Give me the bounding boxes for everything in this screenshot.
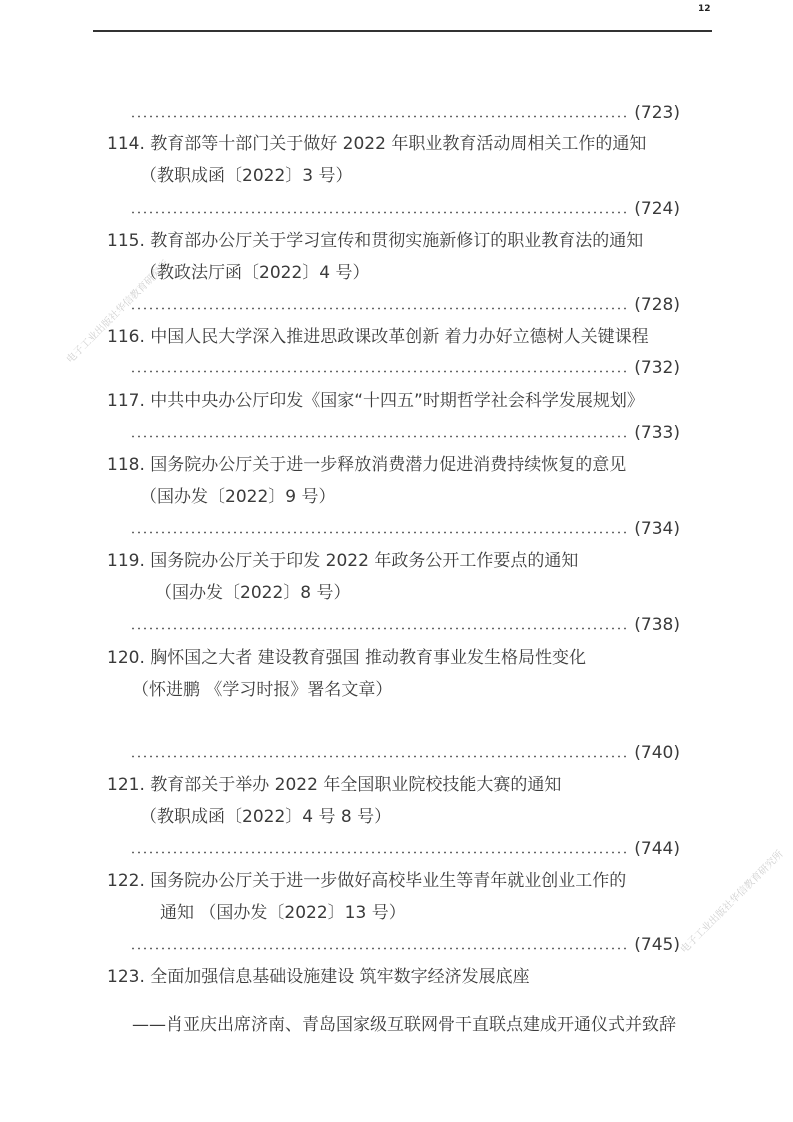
toc-title: 114. 教育部等十部门关于做好 2022 年职业教育活动周相关工作的通知 (107, 133, 646, 155)
toc-title: 123. 全面加强信息基础设施建设 筑牢数字经济发展底座 (107, 966, 530, 988)
toc-leader: (744) (130, 838, 680, 860)
toc-page: (745) (634, 934, 680, 956)
toc-subtitle: （怀进鹏 《学习时报》署名文章） (132, 679, 392, 701)
dot-leader (130, 363, 626, 373)
toc-leader: (723) (130, 102, 680, 124)
toc-title: 115. 教育部办公厅关于学习宣传和贯彻实施新修订的职业教育法的通知 (107, 230, 643, 252)
dot-leader (130, 204, 626, 214)
dot-leader (130, 844, 626, 854)
toc-page: (744) (634, 838, 680, 860)
toc-title: 116. 中国人民大学深入推进思政课改革创新 着力办好立德树人关键课程 (107, 326, 649, 348)
toc-subtitle: （国办发〔2022〕8 号） (155, 582, 350, 604)
toc-subtitle: （教职成函〔2022〕4 号 8 号） (140, 806, 391, 828)
toc-page: (728) (634, 294, 680, 316)
dot-leader (130, 940, 626, 950)
toc-leader: (745) (130, 934, 680, 956)
toc-page: (734) (634, 518, 680, 540)
toc-subtitle: （教职成函〔2022〕3 号） (140, 165, 352, 187)
toc-leader: (724) (130, 198, 680, 220)
page-number: 12 (698, 4, 711, 14)
dot-leader (130, 108, 626, 118)
toc-page: (724) (634, 198, 680, 220)
toc-leader: (732) (130, 357, 680, 379)
watermark-right: 电子工业出版社华信教育研究所 (676, 846, 786, 956)
toc-subtitle: 通知 （国办发〔2022〕13 号） (160, 902, 406, 924)
toc-leader: (728) (130, 294, 680, 316)
toc-title: 119. 国务院办公厅关于印发 2022 年政务公开工作要点的通知 (107, 550, 578, 572)
toc-title: 121. 教育部关于举办 2022 年全国职业院校技能大赛的通知 (107, 774, 561, 796)
dot-leader (130, 300, 626, 310)
toc-subtitle: ——肖亚庆出席济南、青岛国家级互联网骨干直联点建成开通仪式并致辞 (132, 1014, 676, 1036)
header-rule (93, 30, 712, 32)
dot-leader (130, 524, 626, 534)
toc-page: (732) (634, 357, 680, 379)
toc-title: 118. 国务院办公厅关于进一步释放消费潜力促进消费持续恢复的意见 (107, 454, 626, 476)
toc-leader: (733) (130, 422, 680, 444)
toc-subtitle: （国办发〔2022〕9 号） (140, 486, 335, 508)
toc-subtitle: （教政法厅函〔2022〕4 号） (140, 262, 369, 284)
toc-page: (740) (634, 742, 680, 764)
toc-page: (738) (634, 614, 680, 636)
dot-leader (130, 620, 626, 630)
toc-leader: (734) (130, 518, 680, 540)
dot-leader (130, 748, 626, 758)
toc-title: 117. 中共中央办公厅印发《国家“十四五”时期哲学社会科学发展规划》 (107, 390, 644, 412)
toc-leader: (740) (130, 742, 680, 764)
toc-leader: (738) (130, 614, 680, 636)
toc-title: 120. 胸怀国之大者 建设教育强国 推动教育事业发生格局性变化 (107, 647, 586, 669)
dot-leader (130, 428, 626, 438)
toc-title: 122. 国务院办公厅关于进一步做好高校毕业生等青年就业创业工作的 (107, 870, 626, 892)
toc-page: (733) (634, 422, 680, 444)
toc-page: (723) (634, 102, 680, 124)
